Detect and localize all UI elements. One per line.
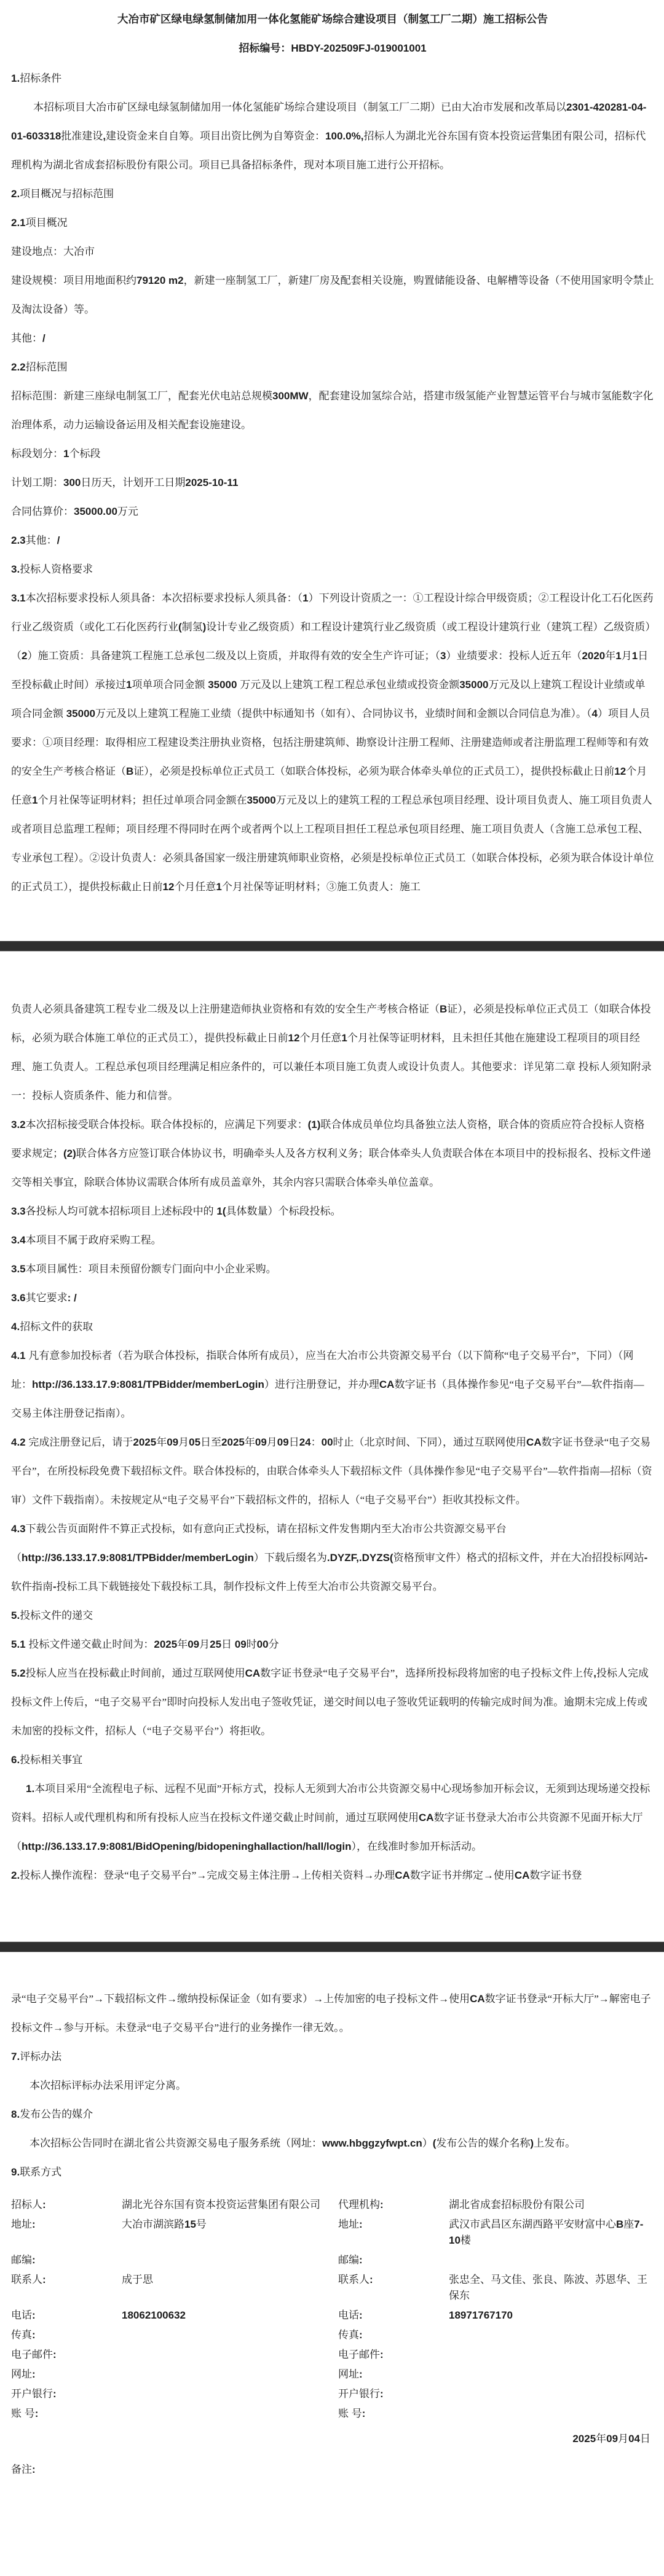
- cell-value: [122, 2250, 338, 2270]
- cell-value: [449, 2325, 654, 2345]
- remark: 备注:: [11, 2461, 654, 2479]
- paragraph: 合同估算价：35000.00万元: [11, 497, 654, 526]
- table-row: 网址:网址:: [11, 2365, 654, 2384]
- section-heading: 5.投标文件的递交: [11, 1601, 654, 1630]
- paragraph: 负责人必须具备建筑工程专业二级及以上注册建造师执业资格和有效的安全生产考核合格证…: [11, 995, 654, 1110]
- cell-label: 招标人:: [11, 2195, 122, 2215]
- cell-value: [449, 2345, 654, 2365]
- table-row: 邮编:邮编:: [11, 2250, 654, 2270]
- bid-number: 招标编号：HBDY-202509FJ-019001001: [11, 33, 654, 64]
- cell-label: 开户银行:: [338, 2384, 449, 2404]
- section-heading: 2.项目概况与招标范围: [11, 179, 654, 208]
- cell-value: 武汉市武昌区东湖西路平安财富中心B座7-10楼: [449, 2215, 654, 2250]
- cell-value: [449, 2365, 654, 2384]
- page-divider: [0, 1941, 664, 1952]
- section-heading: 2.1项目概况: [11, 208, 654, 237]
- cell-label: 邮编:: [338, 2250, 449, 2270]
- cell-value: [122, 2345, 338, 2365]
- section-heading: 3.投标人资格要求: [11, 555, 654, 584]
- cell-label: 电子邮件:: [11, 2345, 122, 2365]
- paragraph: 3.2本次招标接受联合体投标。联合体投标的，应满足下列要求：(1)联合体成员单位…: [11, 1110, 654, 1197]
- cell-label: 网址:: [338, 2365, 449, 2384]
- paragraph: 本招标项目大冶市矿区绿电绿氢制储加用一体化氢能矿场综合建设项目（制氢工厂二期）已…: [11, 93, 654, 179]
- document: 大冶市矿区绿电绿氢制储加用一体化氢能矿场综合建设项目（制氢工厂二期）施工招标公告…: [0, 0, 664, 2576]
- cell-label: 代理机构:: [338, 2195, 449, 2215]
- section-heading: 8.发布公告的媒介: [11, 2100, 654, 2129]
- cell-label: 传真:: [11, 2325, 122, 2345]
- table-row: 开户银行:开户银行:: [11, 2384, 654, 2404]
- cell-label: 地址:: [11, 2215, 122, 2250]
- paragraph: 3.6其它要求: /: [11, 1283, 654, 1312]
- paragraph: 建设规模：项目用地面积约79120 m2，新建一座制氢工厂，新建厂房及配套相关设…: [11, 266, 654, 324]
- cell-value: 湖北光谷东国有资本投资运营集团有限公司: [122, 2195, 338, 2215]
- paragraph: 计划工期：300日历天，计划开工日期2025-10-11: [11, 468, 654, 497]
- section-heading: 7.评标办法: [11, 2042, 654, 2071]
- paragraph: 3.1本次招标要求投标人须具备：本次招标要求投标人须具备：（1）下列设计资质之一…: [11, 584, 654, 901]
- cell-label: 邮编:: [11, 2250, 122, 2270]
- cell-label: 电话:: [338, 2306, 449, 2325]
- paragraph: 3.3各投标人均可就本招标项目上述标段中的 1(具体数量）个标段投标。: [11, 1197, 654, 1226]
- cell-label: 联系人:: [11, 2270, 122, 2306]
- paragraph: 4.1 凡有意参加投标者（若为联合体投标，指联合体所有成员），应当在大冶市公共资…: [11, 1341, 654, 1428]
- paragraph: 其他：/: [11, 324, 654, 353]
- page-divider: [0, 941, 664, 952]
- contact-table: 招标人:湖北光谷东国有资本投资运营集团有限公司代理机构:湖北省成套招标股份有限公…: [11, 2195, 654, 2424]
- table-row: 电话:18062100632电话:18971767170: [11, 2306, 654, 2325]
- cell-label: 传真:: [338, 2325, 449, 2345]
- cell-label: 开户银行:: [11, 2384, 122, 2404]
- cell-value: [122, 2365, 338, 2384]
- cell-label: 账 号:: [338, 2404, 449, 2424]
- paragraph: 4.2 完成注册登记后，请于2025年09月05日至2025年09月09日24：…: [11, 1428, 654, 1514]
- section-heading: 9.联系方式: [11, 2158, 654, 2186]
- cell-value: [449, 2250, 654, 2270]
- cell-value: 18062100632: [122, 2306, 338, 2325]
- document-body: 1.招标条件本招标项目大冶市矿区绿电绿氢制储加用一体化氢能矿场综合建设项目（制氢…: [11, 64, 654, 2186]
- table-row: 传真:传真:: [11, 2325, 654, 2345]
- paragraph: 5.1 投标文件递交截止时间为：2025年09月25日 09时00分: [11, 1630, 654, 1659]
- paragraph: 3.5本项目属性：项目未预留份额专门面向中小企业采购。: [11, 1255, 654, 1283]
- cell-value: [122, 2325, 338, 2345]
- cell-value: [122, 2384, 338, 2404]
- paragraph: 2.3其他：/: [11, 526, 654, 555]
- paragraph: 录“电子交易平台”→下载招标文件→缴纳投标保证金（如有要求）→上传加密的电子投标…: [11, 1984, 654, 2042]
- paragraph: 本次招标评标办法采用评定分离。: [11, 2071, 654, 2100]
- announce-date: 2025年09月04日: [11, 2430, 654, 2448]
- table-row: 联系人:成于思联系人:张忠全、马文佳、张良、陈波、苏恩华、王保东: [11, 2270, 654, 2306]
- paragraph: 招标范围：新建三座绿电制氢工厂，配套光伏电站总规模300MW，配套建设加氢综合站…: [11, 382, 654, 439]
- table-row: 招标人:湖北光谷东国有资本投资运营集团有限公司代理机构:湖北省成套招标股份有限公…: [11, 2195, 654, 2215]
- cell-label: 地址:: [338, 2215, 449, 2250]
- paragraph: 4.3下载公告页面附件不算正式投标，如有意向正式投标，请在招标文件发售期内至大冶…: [11, 1514, 654, 1543]
- cell-label: 账 号:: [11, 2404, 122, 2424]
- cell-label: 联系人:: [338, 2270, 449, 2306]
- cell-value: [449, 2384, 654, 2404]
- cell-label: 电子邮件:: [338, 2345, 449, 2365]
- cell-value: 成于思: [122, 2270, 338, 2306]
- cell-label: 网址:: [11, 2365, 122, 2384]
- cell-value: 湖北省成套招标股份有限公司: [449, 2195, 654, 2215]
- paragraph: 5.2投标人应当在投标截止时间前，通过互联网使用CA数字证书登录“电子交易平台”…: [11, 1659, 654, 1745]
- cell-label: 电话:: [11, 2306, 122, 2325]
- table-row: 电子邮件:电子邮件:: [11, 2345, 654, 2365]
- section-heading: 4.招标文件的获取: [11, 1312, 654, 1341]
- paragraph: 标段划分：1个标段: [11, 439, 654, 468]
- section-heading: 1.招标条件: [11, 64, 654, 93]
- paragraph: （http://36.133.17.9:8081/TPBidder/member…: [11, 1543, 654, 1601]
- paragraph: 建设地点：大冶市: [11, 237, 654, 266]
- paragraph: 3.4本项目不属于政府采购工程。: [11, 1226, 654, 1255]
- section-heading: 2.2招标范围: [11, 353, 654, 382]
- paragraph: 2.投标人操作流程：登录“电子交易平台”→完成交易主体注册→上传相关资料→办理C…: [11, 1861, 654, 1890]
- page-title: 大冶市矿区绿电绿氢制储加用一体化氢能矿场综合建设项目（制氢工厂二期）施工招标公告: [36, 10, 630, 28]
- cell-value: 18971767170: [449, 2306, 654, 2325]
- cell-value: 大冶市湖滨路15号: [122, 2215, 338, 2250]
- paragraph: 本次招标公告同时在湖北省公共资源交易电子服务系统（网址：www.hbggzyfw…: [11, 2129, 654, 2158]
- paragraph: 1.本项目采用“全流程电子标、远程不见面”开标方式，投标人无须到大冶市公共资源交…: [11, 1774, 654, 1861]
- table-row: 地址:大冶市湖滨路15号地址:武汉市武昌区东湖西路平安财富中心B座7-10楼: [11, 2215, 654, 2250]
- table-row: 账 号:账 号:: [11, 2404, 654, 2424]
- section-heading: 6.投标相关事宜: [11, 1745, 654, 1774]
- cell-value: [449, 2404, 654, 2424]
- cell-value: 张忠全、马文佳、张良、陈波、苏恩华、王保东: [449, 2270, 654, 2306]
- cell-value: [122, 2404, 338, 2424]
